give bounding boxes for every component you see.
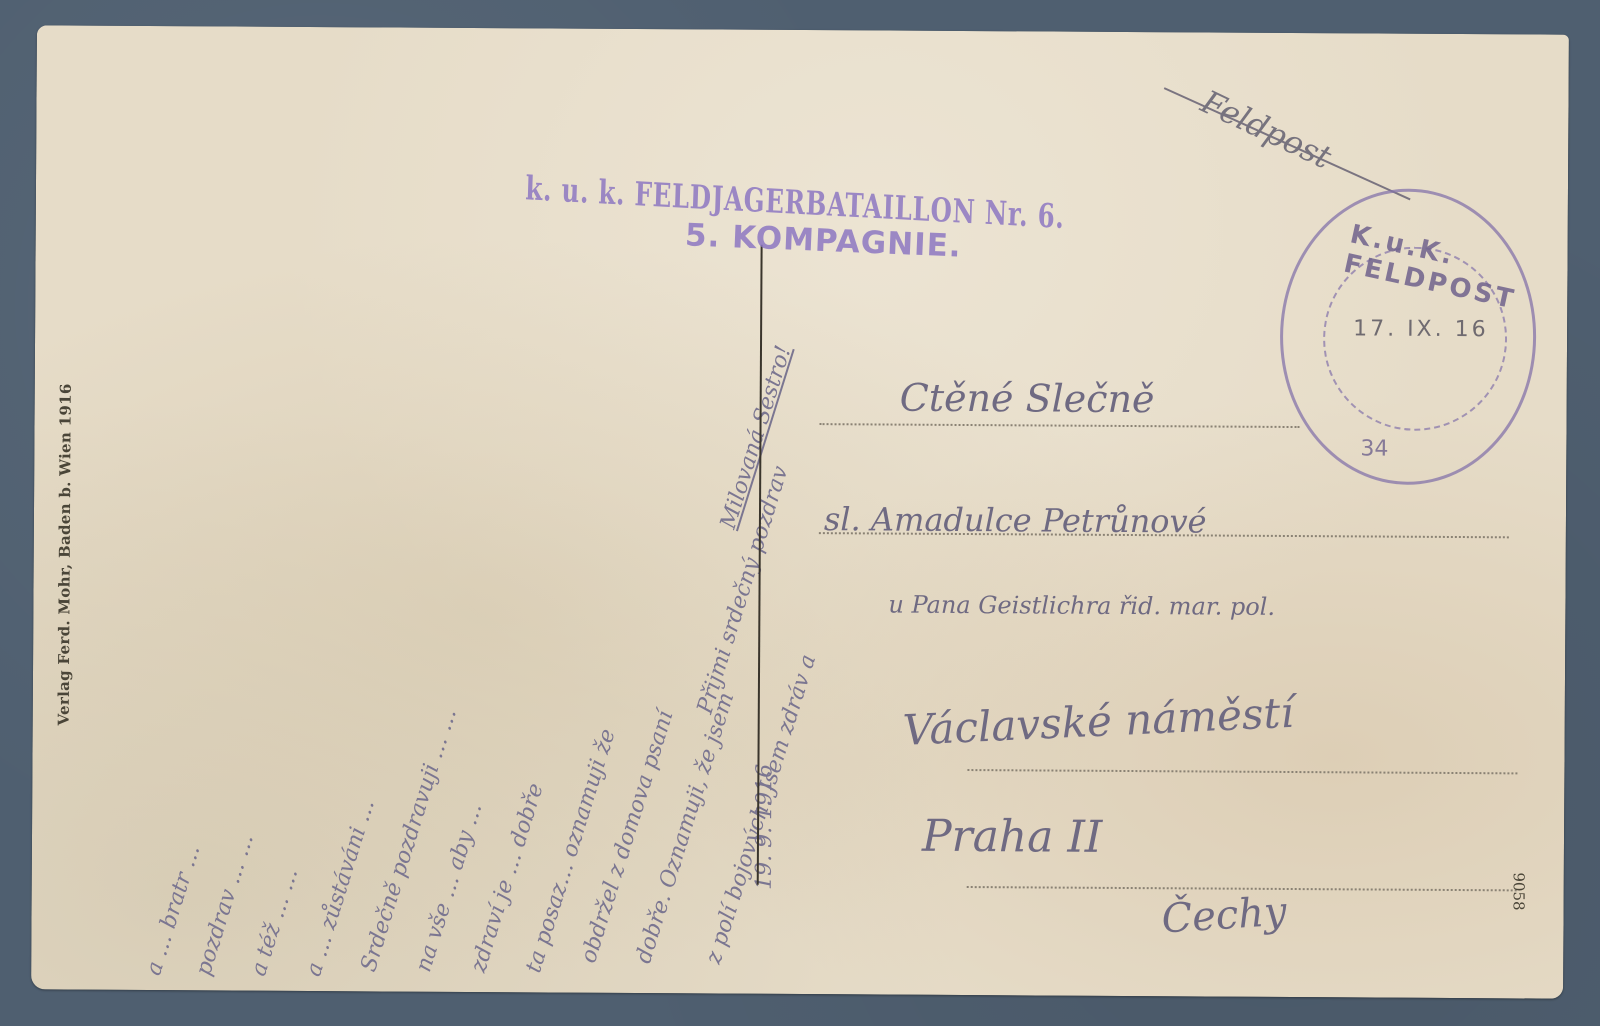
handwritten-message: 19. 9. 1916 Milovaná Sestro! Přijmi srde… (91, 86, 756, 990)
address-street: Václavské náměstí (902, 688, 1295, 755)
address-line-rule (967, 769, 1517, 774)
address-city: Praha II (922, 811, 1103, 863)
address-country: Čechy (1160, 889, 1288, 943)
address-recipient: sl. Amadulce Petrůnové (824, 500, 1207, 540)
serial-number: 9058 (1510, 872, 1528, 910)
address-care-of: u Pana Geistlichra řid. mar. pol. (888, 591, 1275, 621)
postmark-number: 34 (1360, 436, 1388, 461)
message-line: a též … … (246, 865, 303, 979)
postcard: Verlag Ferd. Mohr, Baden b. Wien 1916 19… (31, 25, 1569, 998)
address-line-rule (820, 423, 1300, 428)
publisher-imprint: Verlag Ferd. Mohr, Baden b. Wien 1916 (55, 383, 75, 725)
feldpost-handwritten-mark: Feldpost (1195, 83, 1337, 177)
feldpost-postmark: K.u.K. FELDPOST 17. IX. 16 34 (1279, 188, 1537, 486)
address-salutation: Ctěné Slečně (900, 376, 1155, 422)
postmark-date: 17. IX. 16 (1353, 316, 1489, 342)
